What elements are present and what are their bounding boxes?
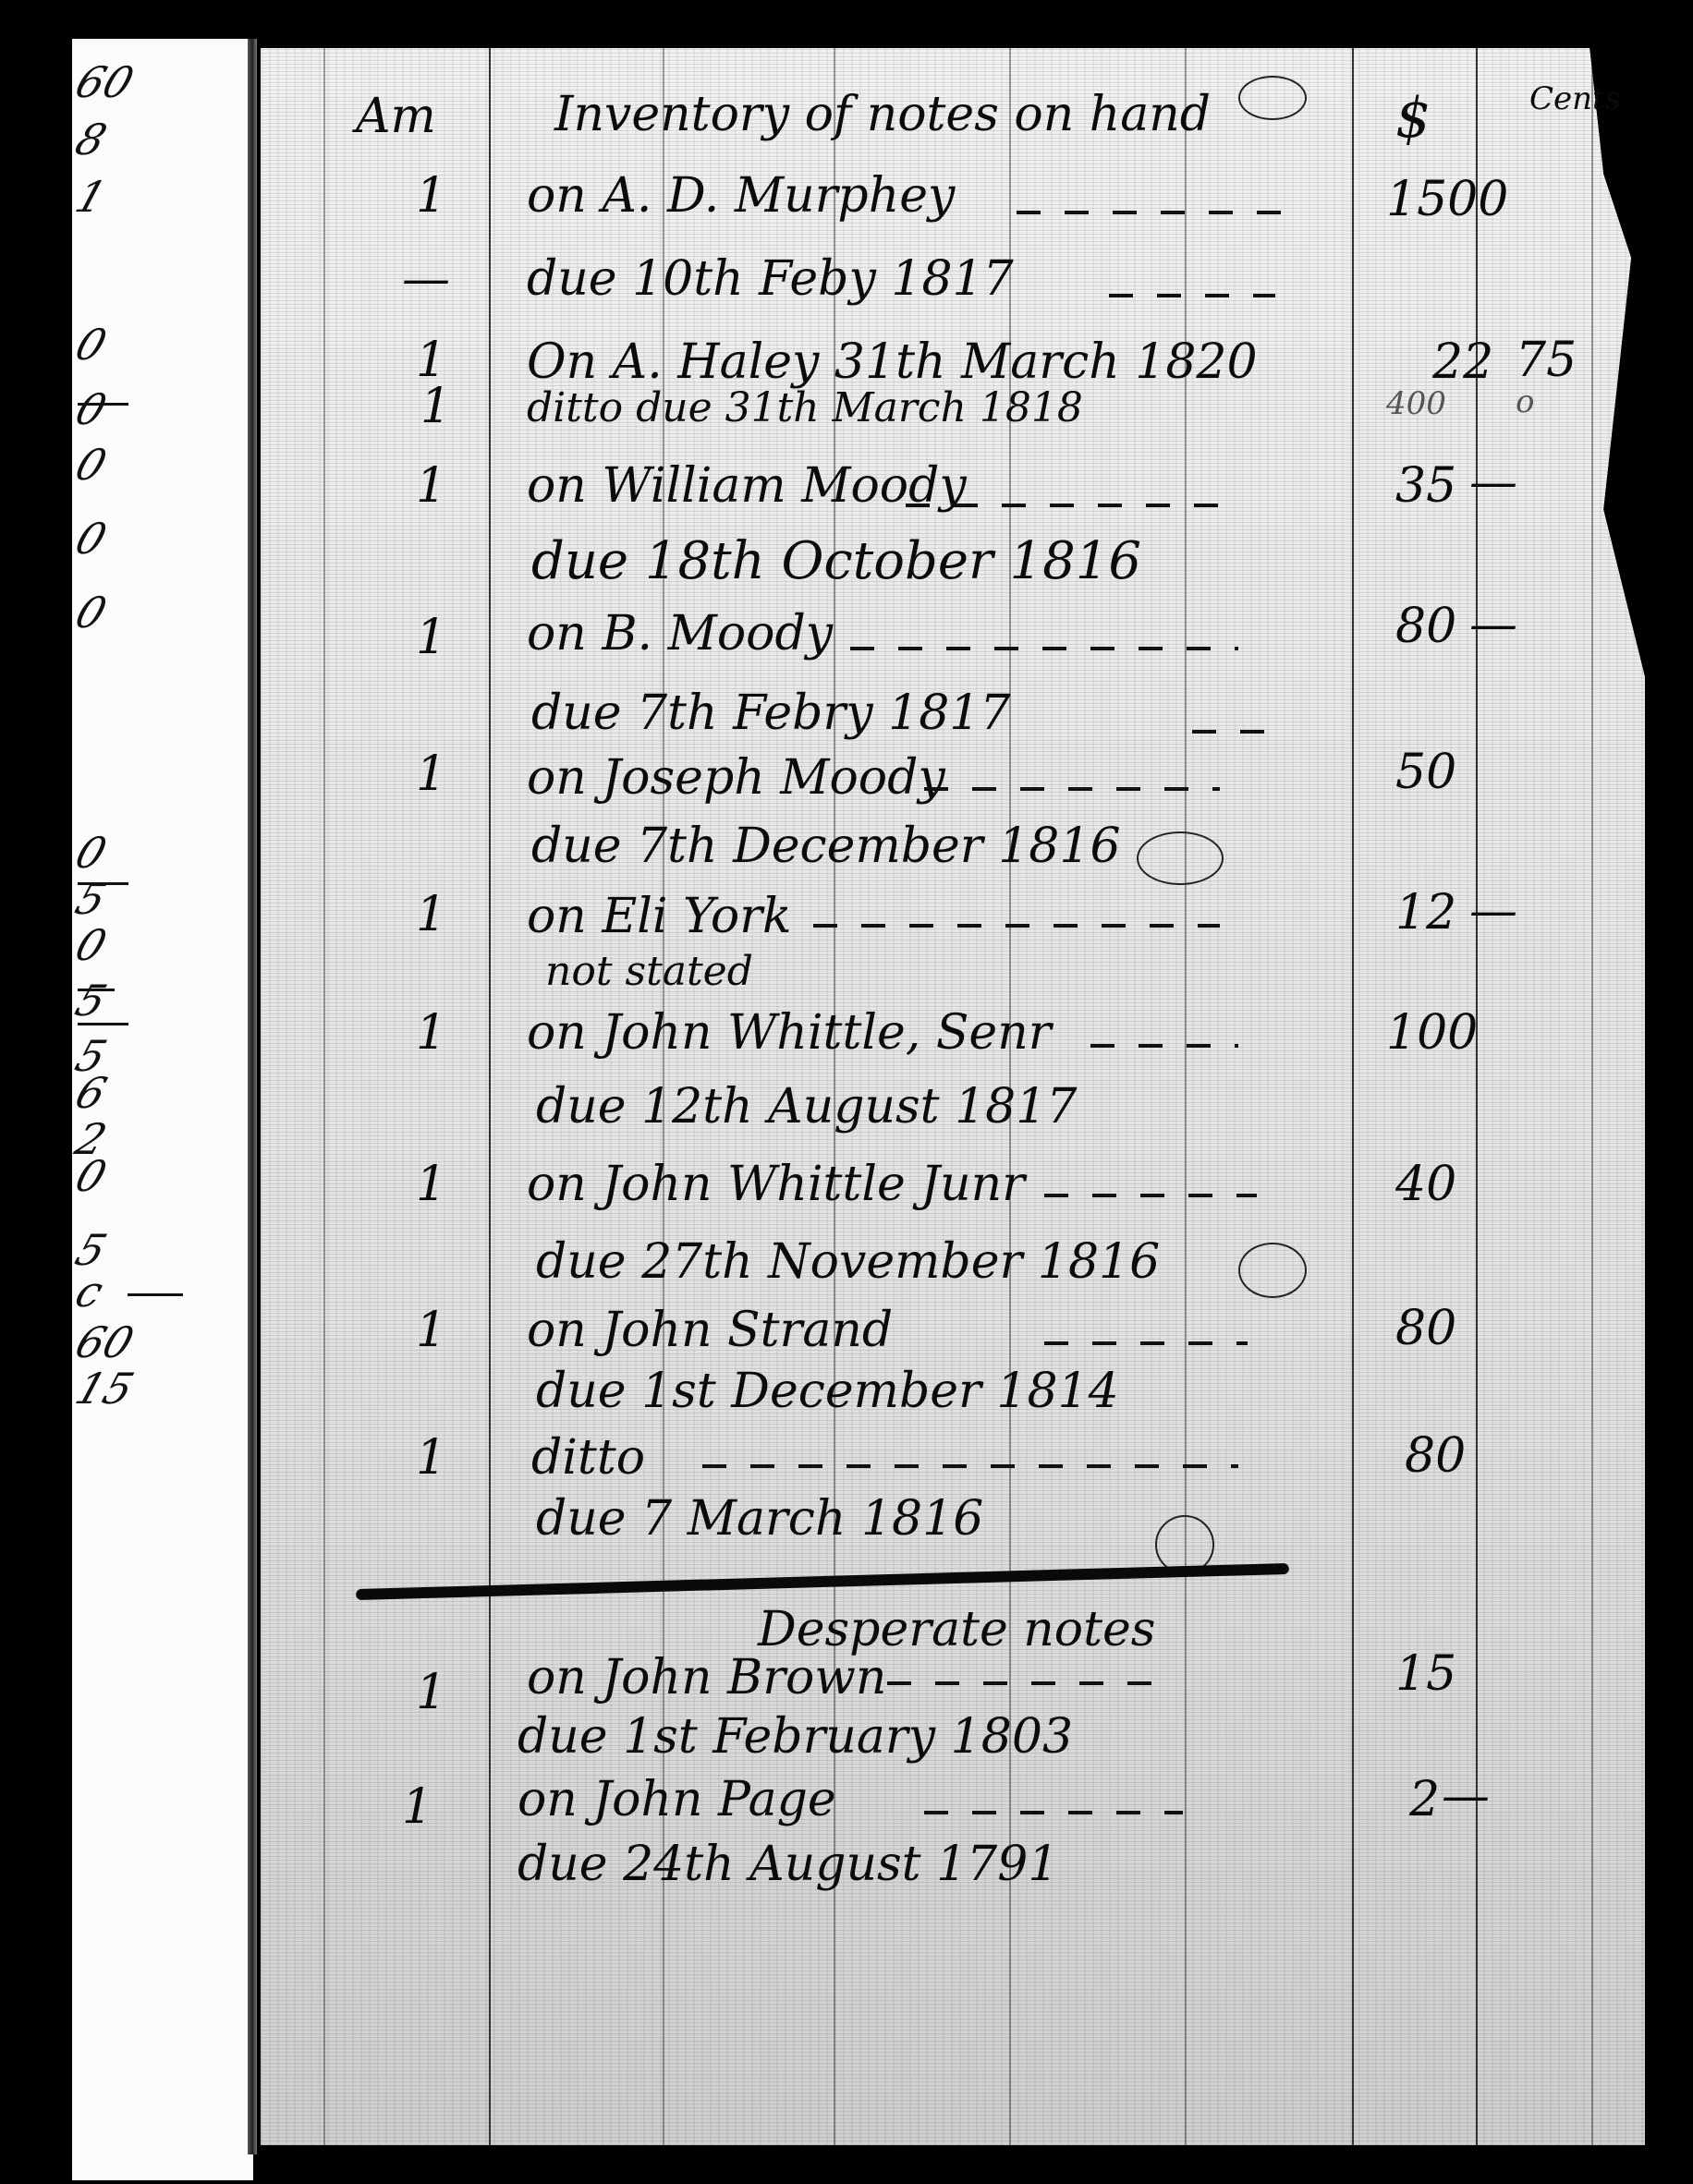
entry-count-dash: —	[402, 255, 450, 303]
entry-count: 1	[416, 1668, 446, 1717]
entry-payee: on Eli York	[527, 892, 792, 940]
entry-due: due 18th October 1816	[531, 536, 1141, 588]
entry-payee: on John Whittle, Senr	[527, 1009, 1052, 1057]
entry-payee: ditto	[531, 1434, 645, 1482]
leader-dashes	[1044, 1194, 1257, 1197]
leader-dashes	[906, 504, 1229, 507]
desperate-notes-heading: Desperate notes	[758, 1606, 1155, 1654]
entry-count: 1	[420, 382, 451, 431]
leader-dashes	[702, 1464, 1238, 1468]
header-cents: Cents	[1529, 83, 1621, 115]
entry-count: 1	[416, 1306, 446, 1354]
entry-payee: ditto due 31th March 1818	[527, 388, 1083, 429]
strip-dash	[78, 882, 128, 885]
entry-due: due 7th Febry 1817	[531, 689, 1010, 737]
entry-payee: on Joseph Moody	[527, 754, 945, 802]
entry-dollars: 1500	[1386, 176, 1508, 224]
entry-dollars: 80	[1395, 602, 1456, 650]
entry-count: 1	[416, 1434, 446, 1482]
leader-dashes	[1090, 1044, 1238, 1048]
entry-count: 1	[416, 172, 446, 220]
entry-dollars: 2	[1409, 1776, 1440, 1824]
entry-dollars: 22	[1432, 338, 1493, 386]
header-dollars: $	[1395, 91, 1431, 146]
entry-count: 1	[416, 613, 446, 661]
entry-payee: on B. Moody	[527, 610, 833, 658]
ink-flourish	[1238, 76, 1307, 120]
entry-due: due 7 March 1816	[536, 1495, 983, 1543]
entry-cents: o	[1516, 386, 1534, 418]
leader-dashes	[850, 647, 1238, 650]
entry-payee: on John Page	[518, 1776, 836, 1824]
header-title: Inventory of notes on hand	[554, 91, 1211, 139]
ink-flourish	[1238, 1243, 1307, 1298]
entry-cents: —	[1469, 887, 1517, 935]
header-count: Am	[356, 92, 436, 140]
entry-payee: on John Whittle Junr	[527, 1160, 1025, 1208]
leader-dashes	[813, 924, 1220, 928]
entry-dollars: 100	[1386, 1009, 1478, 1057]
entry-due: due 12th August 1817	[536, 1083, 1077, 1131]
entry-dollars: 12	[1395, 889, 1456, 937]
column-rule-count	[489, 48, 491, 2145]
leader-dashes	[1044, 1341, 1248, 1345]
column-rule-dollars	[1352, 48, 1354, 2145]
entry-due: not stated	[545, 952, 753, 992]
entry-cents: —	[1442, 1772, 1490, 1820]
entry-dollars: 400	[1386, 388, 1446, 419]
entry-dollars: 15	[1395, 1650, 1456, 1698]
strip-dash	[78, 403, 128, 406]
entry-payee: on John Strand	[527, 1306, 893, 1354]
entry-payee: on William Moody	[527, 462, 967, 510]
entry-due: due 27th November 1816	[536, 1238, 1160, 1286]
entry-dollars: 50	[1395, 748, 1456, 796]
entry-due: due 7th December 1816	[531, 822, 1121, 870]
column-rule	[323, 48, 325, 2145]
ink-flourish	[1137, 831, 1224, 885]
entry-cents: —	[1469, 601, 1517, 649]
page-binding-edge	[248, 39, 257, 2154]
leader-dashes	[1017, 211, 1294, 214]
entry-dollars: 35	[1395, 462, 1456, 510]
entry-count: 1	[416, 462, 446, 510]
entry-count: 1	[416, 750, 446, 798]
entry-payee: on John Brown	[527, 1654, 886, 1702]
entry-due: due 10th Feby 1817	[527, 255, 1014, 303]
entry-count: 1	[416, 336, 446, 384]
leader-dashes	[924, 1811, 1183, 1814]
leader-dashes	[1192, 730, 1285, 734]
entry-count: 1	[402, 1783, 432, 1831]
entry-count: 1	[416, 891, 446, 939]
entry-count: 1	[416, 1009, 446, 1057]
column-rule	[1591, 48, 1593, 2145]
leader-dashes	[924, 787, 1220, 791]
entry-cents: —	[1469, 458, 1517, 506]
leader-dashes	[1109, 294, 1275, 297]
entry-payee: on A. D. Murphey	[527, 172, 955, 220]
entry-count: 1	[416, 1160, 446, 1208]
leader-dashes	[887, 1681, 1164, 1685]
strip-dash	[78, 1023, 128, 1025]
strip-dash	[128, 1293, 183, 1296]
entry-payee: On A. Haley 31th March 1820	[527, 338, 1258, 386]
entry-cents: 75	[1516, 336, 1577, 384]
entry-due: due 1st December 1814	[536, 1367, 1119, 1415]
entry-dollars: 80	[1395, 1304, 1456, 1353]
entry-due: due 1st February 1803	[518, 1713, 1073, 1761]
entry-dollars: 80	[1405, 1432, 1466, 1480]
entry-due: due 24th August 1791	[518, 1840, 1058, 1888]
entry-dollars: 40	[1395, 1160, 1456, 1208]
strip-dash	[78, 989, 115, 991]
